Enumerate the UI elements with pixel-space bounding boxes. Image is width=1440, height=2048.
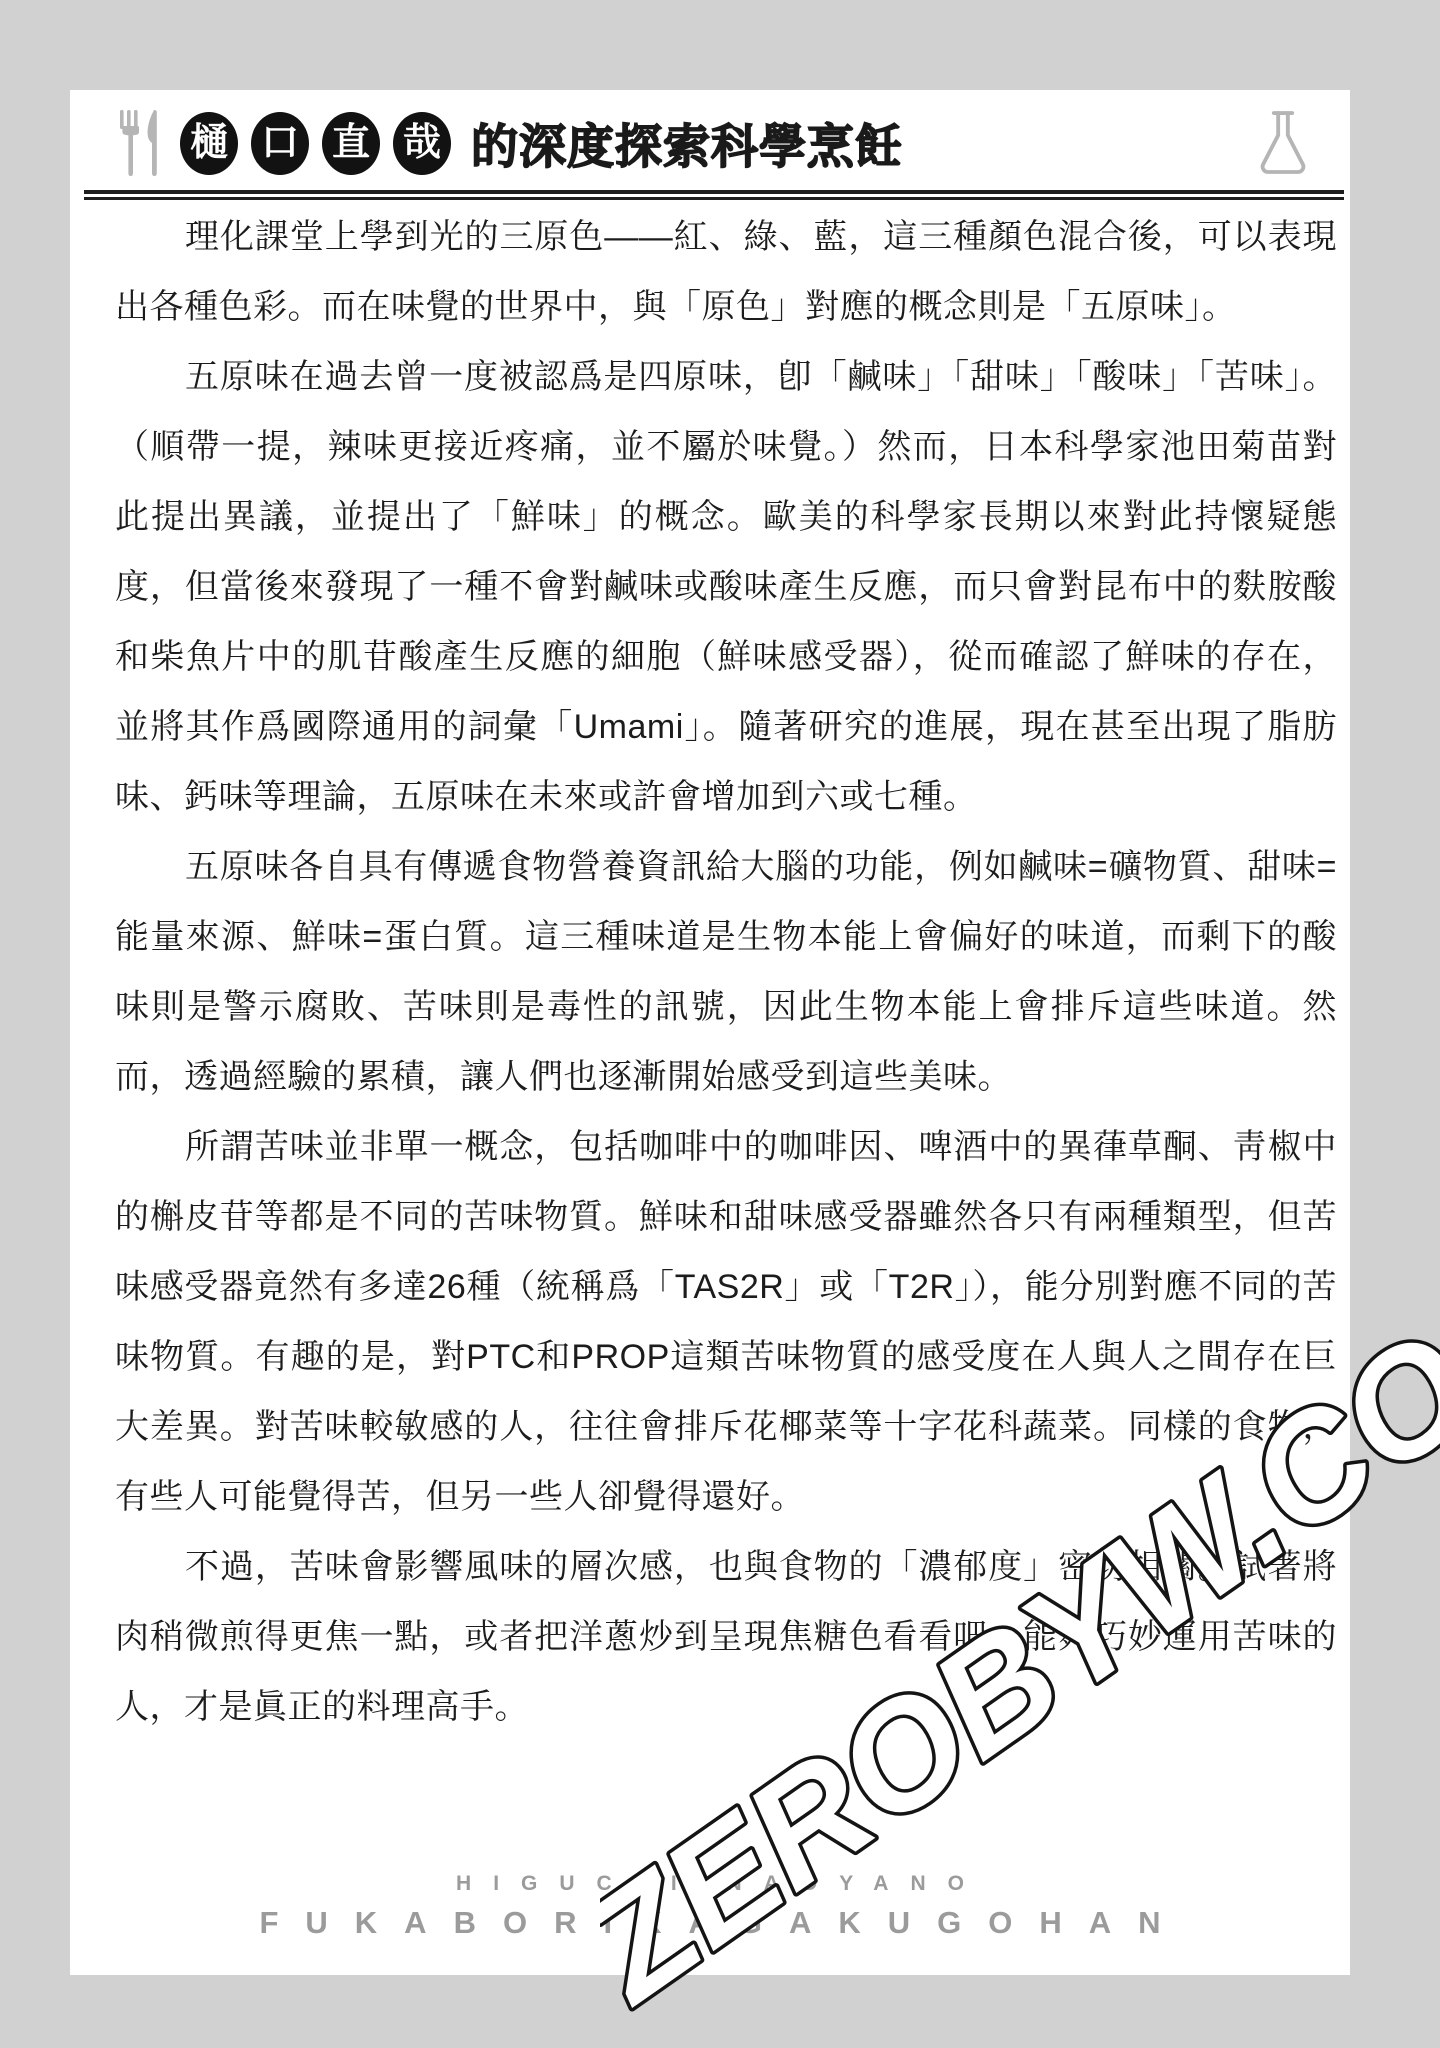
author-char-circle: 口 xyxy=(251,112,309,175)
author-char-circle: 直 xyxy=(322,112,380,175)
author-char-circle: 哉 xyxy=(393,112,451,175)
page-header: 樋 口 直 哉 的深度探索科學烹飪 xyxy=(118,110,1312,176)
flask-icon xyxy=(1254,109,1312,177)
fork-knife-icon xyxy=(118,110,164,176)
footer-title-romaji: FUKABORIKAGAKUGOHAN xyxy=(70,1905,1350,1941)
paragraph: 五原味在過去曾一度被認爲是四原味，卽「鹹味」「甜味」「酸味」「苦味」。（順帶一提… xyxy=(115,342,1337,832)
scanned-page-canvas: 樋 口 直 哉 的深度探索科學烹飪 理化課堂上學到光的三原色——紅、綠、藍，這三… xyxy=(0,0,1440,2048)
page-footer: HIGUCHI NAOYANO FUKABORIKAGAKUGOHAN xyxy=(70,1872,1350,1941)
paragraph: 理化課堂上學到光的三原色——紅、綠、藍，這三種顏色混合後，可以表現出各種色彩。而… xyxy=(115,202,1337,342)
book-page: 樋 口 直 哉 的深度探索科學烹飪 理化課堂上學到光的三原色——紅、綠、藍，這三… xyxy=(70,90,1350,1975)
column-title: 的深度探索科學烹飪 xyxy=(471,110,903,177)
author-char-circle: 樋 xyxy=(180,112,238,175)
paragraph: 五原味各自具有傳遞食物營養資訊給大腦的功能，例如鹹味=礦物質、甜味=能量來源、鮮… xyxy=(115,832,1337,1112)
author-name-circles: 樋 口 直 哉 xyxy=(180,112,451,175)
paragraph: 不過，苦味會影響風味的層次感，也與食物的「濃郁度」密切相關。試著將肉稍微煎得更焦… xyxy=(115,1532,1337,1742)
paragraph: 所謂苦味並非單一概念，包括咖啡中的咖啡因、啤酒中的異葎草酮、靑椒中的槲皮苷等都是… xyxy=(115,1112,1337,1532)
header-divider xyxy=(84,190,1344,200)
footer-author-romaji: HIGUCHI NAOYANO xyxy=(70,1872,1350,1896)
article-body: 理化課堂上學到光的三原色——紅、綠、藍，這三種顏色混合後，可以表現出各種色彩。而… xyxy=(115,202,1337,1742)
